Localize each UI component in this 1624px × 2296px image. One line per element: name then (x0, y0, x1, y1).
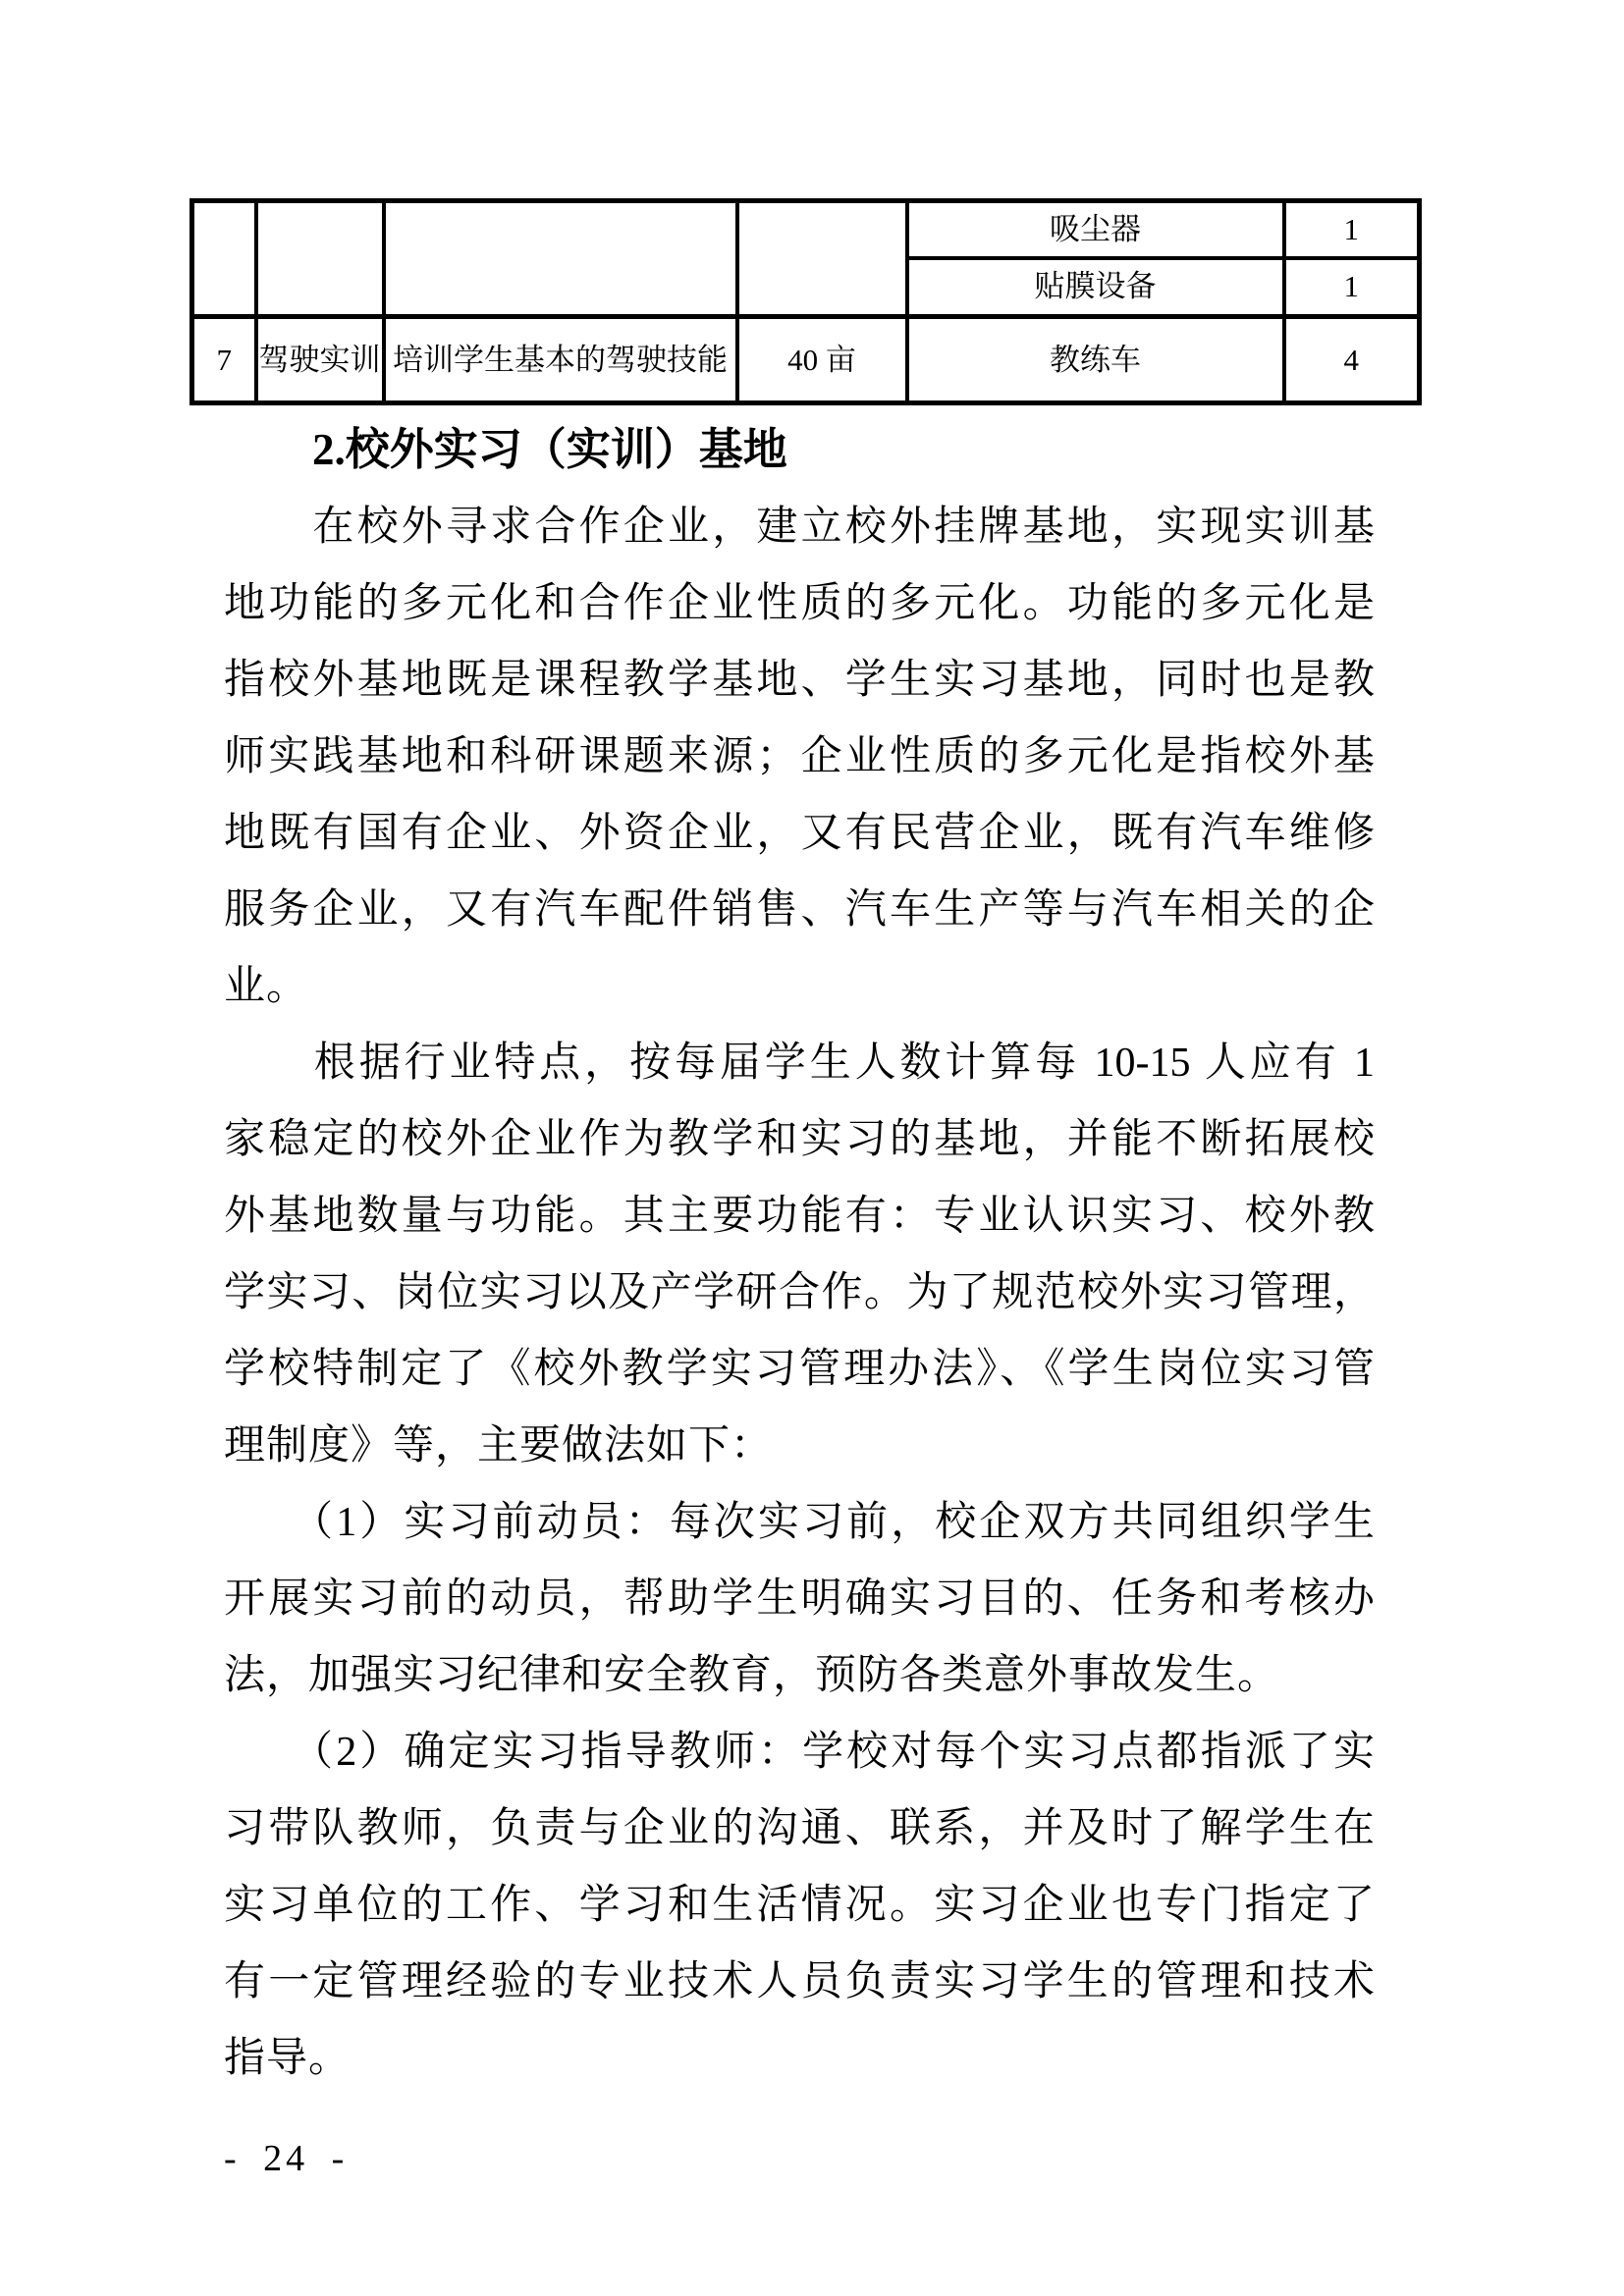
text-line: 学校特制定了《校外教学实习管理办法》、《学生岗位实习管 (224, 1331, 1375, 1408)
table-row: 吸尘器 1 (192, 201, 1420, 258)
text-line: 地既有国有企业、外资企业，又有民营企业，既有汽车维修 (224, 795, 1375, 872)
section-heading: 2.校外实习（实训）基地 (224, 411, 1375, 488)
document-page: 吸尘器 1 贴膜设备 1 7 驾驶实训 培训学生基本的驾驶技能 40 亩 教练车… (0, 0, 1624, 2296)
text-line: 指校外基地既是课程教学基地、学生实习基地，同时也是教 (224, 642, 1375, 719)
cell-equipment-count: 4 (1284, 317, 1420, 403)
cell-base-name: 驾驶实训 (256, 317, 384, 403)
cell-equipment-count: 1 (1284, 258, 1420, 317)
empty-cell (384, 201, 737, 317)
cell-equipment-count: 1 (1284, 201, 1420, 258)
cell-base-function: 培训学生基本的驾驶技能 (384, 317, 737, 403)
text-line: 学实习、岗位实习以及产学研合作。为了规范校外实习管理， (224, 1255, 1375, 1331)
empty-cell (256, 201, 384, 317)
text-line: 服务企业，又有汽车配件销售、汽车生产等与汽车相关的企 (224, 872, 1375, 948)
text-line: 师实践基地和科研课题来源；企业性质的多元化是指校外基 (224, 719, 1375, 795)
table-row: 7 驾驶实训 培训学生基本的驾驶技能 40 亩 教练车 4 (192, 317, 1420, 403)
body-text: 在校外寻求合作企业，建立校外挂牌基地，实现实训基地功能的多元化和合作企业性质的多… (224, 489, 1375, 2097)
empty-cell (737, 201, 907, 317)
cell-equipment-name: 吸尘器 (907, 201, 1284, 258)
empty-cell (192, 201, 256, 317)
cell-equipment-name: 教练车 (907, 317, 1284, 403)
cell-base-area: 40 亩 (737, 317, 907, 403)
text-line: （1）实习前动员：每次实习前，校企双方共同组织学生 (224, 1484, 1375, 1561)
text-line: 业。 (224, 948, 1375, 1025)
cell-equipment-name: 贴膜设备 (907, 258, 1284, 317)
text-line: 开展实习前的动员，帮助学生明确实习目的、任务和考核办 (224, 1561, 1375, 1637)
text-line: 指导。 (224, 2020, 1375, 2097)
text-line: 理制度》等，主要做法如下： (224, 1408, 1375, 1484)
text-line: （2）确定实习指导教师：学校对每个实习点都指派了实 (224, 1714, 1375, 1790)
cell-row-index: 7 (192, 317, 256, 403)
text-line: 根据行业特点，按每届学生人数计算每 10-15 人应有 1 (224, 1025, 1375, 1101)
text-line: 习带队教师，负责与企业的沟通、联系，并及时了解学生在 (224, 1790, 1375, 1867)
equipment-table: 吸尘器 1 贴膜设备 1 7 驾驶实训 培训学生基本的驾驶技能 40 亩 教练车… (189, 198, 1422, 405)
text-line: 家稳定的校外企业作为教学和实习的基地，并能不断拓展校 (224, 1101, 1375, 1178)
text-line: 外基地数量与功能。其主要功能有：专业认识实习、校外教 (224, 1178, 1375, 1255)
text-line: 法，加强实习纪律和安全教育，预防各类意外事故发生。 (224, 1637, 1375, 1714)
page-number: - 24 - (224, 2120, 348, 2197)
text-line: 在校外寻求合作企业，建立校外挂牌基地，实现实训基 (224, 489, 1375, 565)
text-line: 地功能的多元化和合作企业性质的多元化。功能的多元化是 (224, 565, 1375, 642)
text-line: 有一定管理经验的专业技术人员负责实习学生的管理和技术 (224, 1944, 1375, 2020)
text-line: 实习单位的工作、学习和生活情况。实习企业也专门指定了 (224, 1867, 1375, 1944)
